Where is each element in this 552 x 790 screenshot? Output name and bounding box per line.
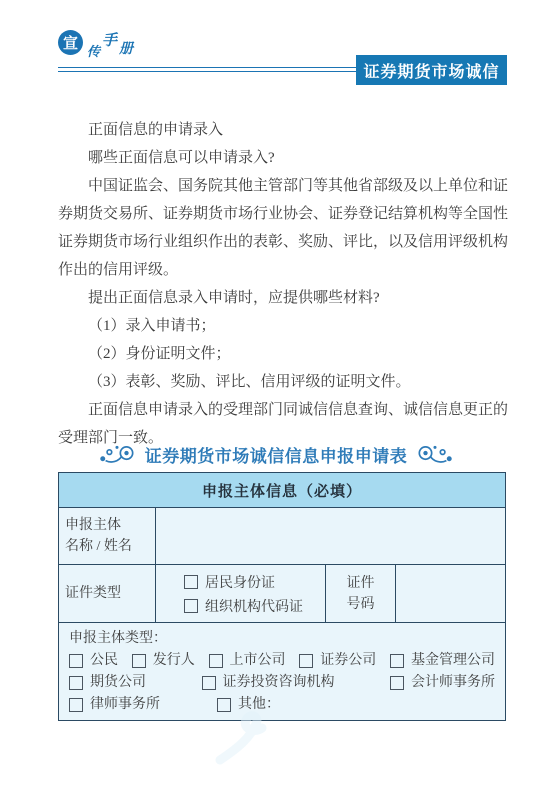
logo-script-text: 传 手 册	[87, 27, 129, 48]
checkbox-org-code-cert[interactable]: 组织机构代码证	[184, 596, 303, 616]
logo-char: 册	[119, 38, 133, 59]
checkbox-icon[interactable]	[202, 676, 216, 690]
checkbox-icon[interactable]	[184, 599, 198, 613]
cert-type-options-cell: 居民身份证 组织机构代码证	[156, 565, 326, 623]
watermark-flourish-icon	[210, 708, 280, 768]
checkbox-icon[interactable]	[209, 654, 223, 668]
form-title-row: 证券期货市场诚信信息申报申请表	[0, 441, 552, 467]
paragraph: 哪些正面信息可以申请录入?	[58, 144, 508, 172]
label-line: 申报主体	[65, 515, 149, 536]
paragraph: （3）表彰、奖励、评比、信用评级的证明文件。	[58, 368, 508, 396]
checkbox-label: 上市公司	[230, 650, 286, 671]
paragraph: 中国证监会、国务院其他主管部门等其他省部级及以上单位和证券期货交易所、证券期货市…	[58, 172, 508, 284]
checkbox-icon[interactable]	[184, 575, 198, 589]
checkbox-label: 会计师事务所	[411, 672, 495, 693]
checkbox-issuer[interactable]: 发行人	[132, 650, 195, 671]
table-row-subject-type: 申报主体类型： 公民 发行人 上市公司	[59, 623, 506, 721]
checkbox-label: 律师事务所	[90, 694, 160, 715]
body-text: 正面信息的申请录入 哪些正面信息可以申请录入? 中国证监会、国务院其他主管部门等…	[58, 116, 508, 452]
flourish-icon	[98, 443, 136, 465]
paragraph: 正面信息的申请录入	[58, 116, 508, 144]
checkbox-label: 证券公司	[320, 650, 376, 671]
flourish-icon	[416, 443, 454, 465]
checkbox-icon[interactable]	[69, 654, 83, 668]
logo-circle-icon: 宣	[58, 30, 83, 55]
checkbox-label: 公民	[90, 650, 118, 671]
section-header: 申报主体信息（必填）	[59, 473, 506, 508]
checkbox-label: 证券投资咨询机构	[223, 672, 335, 693]
handbook-logo: 宣 传 手 册	[58, 27, 129, 61]
checkbox-icon[interactable]	[390, 676, 404, 690]
checkbox-label: 居民身份证	[205, 572, 275, 592]
subject-type-line-2: 期货公司 证券投资咨询机构 会计师事务所	[69, 672, 495, 693]
checkbox-law-firm[interactable]: 律师事务所	[69, 694, 160, 715]
checkbox-label: 发行人	[153, 650, 195, 671]
logo-char: 手	[102, 29, 117, 50]
cert-number-input-cell[interactable]	[396, 565, 506, 623]
label-line: 号码	[332, 594, 389, 615]
checkbox-futures-company[interactable]: 期货公司	[69, 672, 146, 693]
subject-type-line-3: 律师事务所 其他：	[69, 694, 495, 715]
form-title: 证券期货市场诚信信息申报申请表	[145, 442, 408, 467]
checkbox-listed-company[interactable]: 上市公司	[209, 650, 286, 671]
logo-char: 传	[87, 41, 100, 62]
paragraph: （2）身份证明文件；	[58, 340, 508, 368]
subject-name-input-cell[interactable]	[156, 508, 506, 565]
table-row-section-header: 申报主体信息（必填）	[59, 473, 506, 508]
chapter-banner: 证券期货市场诚信	[356, 55, 507, 85]
cert-number-label: 证件 号码	[326, 565, 396, 623]
subject-type-line-1: 公民 发行人 上市公司 证券公司	[69, 650, 495, 671]
checkbox-label: 组织机构代码证	[205, 596, 303, 616]
table-row-certificate: 证件类型 居民身份证 组织机构代码证 证件 号码	[59, 565, 506, 623]
checkbox-investment-consulting[interactable]: 证券投资咨询机构	[202, 672, 335, 693]
table-row-subject-name: 申报主体 名称 / 姓名	[59, 508, 506, 565]
checkbox-fund-management-company[interactable]: 基金管理公司	[390, 650, 495, 671]
paragraph: 提出正面信息录入申请时，应提供哪些材料?	[58, 284, 508, 312]
cert-type-label: 证件类型	[59, 565, 156, 623]
checkbox-label: 基金管理公司	[411, 650, 495, 671]
checkbox-label: 期货公司	[90, 672, 146, 693]
checkbox-icon[interactable]	[390, 654, 404, 668]
checkbox-resident-id[interactable]: 居民身份证	[184, 572, 275, 592]
checkbox-icon[interactable]	[132, 654, 146, 668]
checkbox-securities-company[interactable]: 证券公司	[299, 650, 376, 671]
subject-type-label: 申报主体类型：	[69, 628, 495, 649]
checkbox-icon[interactable]	[69, 676, 83, 690]
paragraph: （1）录入申请书；	[58, 312, 508, 340]
checkbox-icon[interactable]	[299, 654, 313, 668]
checkbox-accounting-firm[interactable]: 会计师事务所	[390, 672, 495, 693]
application-form-table: 申报主体信息（必填） 申报主体 名称 / 姓名 证件类型 居民身份证 组织机构代…	[58, 472, 506, 721]
label-line: 证件	[332, 573, 389, 594]
header-double-rule	[58, 67, 356, 72]
subject-type-cell: 申报主体类型： 公民 发行人 上市公司	[59, 623, 506, 721]
label-line: 名称 / 姓名	[65, 536, 149, 557]
checkbox-citizen[interactable]: 公民	[69, 650, 118, 671]
checkbox-icon[interactable]	[69, 698, 83, 712]
subject-name-label: 申报主体 名称 / 姓名	[59, 508, 156, 565]
